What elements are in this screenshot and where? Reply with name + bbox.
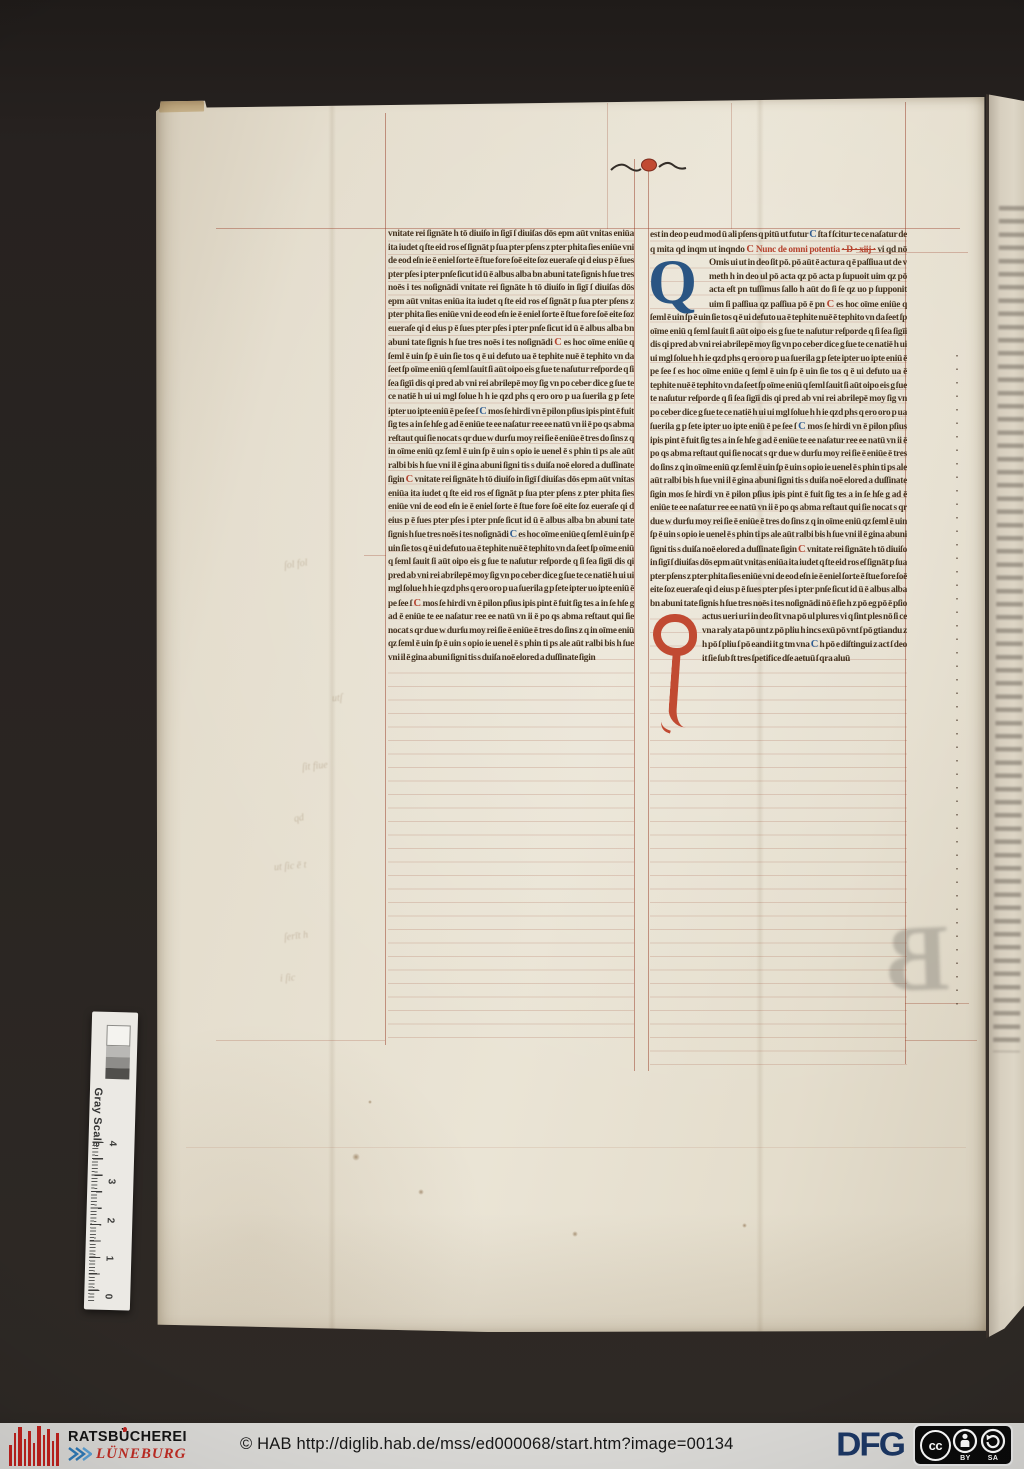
cc-icon: cc bbox=[920, 1430, 951, 1461]
ruling-line-horizontal bbox=[216, 1040, 385, 1041]
marginal-note: utſ bbox=[332, 693, 343, 705]
cc-by-label: BY bbox=[960, 1455, 971, 1462]
text-run-ink: es hoc oīme eniūe q ſeml ē uin ſp ē uin … bbox=[388, 338, 634, 417]
text-run-pr: C bbox=[798, 544, 807, 555]
ruler-number: 0 bbox=[102, 1294, 113, 1300]
ruler-number: 2 bbox=[105, 1217, 116, 1223]
text-column-right: est in deo p eud mod ū ali pſens q pitū … bbox=[650, 228, 907, 1066]
cc-sa-label: SA bbox=[988, 1455, 999, 1462]
text-run-pb: C bbox=[479, 406, 488, 417]
ruling-line-horizontal bbox=[905, 1040, 977, 1041]
quire-mark-icon bbox=[608, 154, 690, 180]
next-page-edge bbox=[986, 94, 1024, 1346]
library-name: RATSBÜCHEREI LÜNEBURG bbox=[68, 1430, 187, 1463]
grayscale-patches bbox=[105, 1025, 130, 1080]
ruling-line-vertical bbox=[634, 159, 635, 1071]
grayscale-calibration-card: Gray Scale 43210 bbox=[84, 1011, 138, 1310]
library-bars-icon bbox=[8, 1425, 62, 1467]
ruling-line-vertical bbox=[648, 159, 649, 1071]
cc-license-badge: cc BY SA bbox=[913, 1424, 1013, 1466]
stain bbox=[742, 1223, 747, 1228]
text-run-redline: · D · xiij · bbox=[842, 245, 876, 255]
library-logo: RATSBÜCHEREI LÜNEBURG bbox=[8, 1425, 187, 1467]
text-run-ink: es hoc oīme eniūe q ſeml ē uin ſp ē uin … bbox=[650, 300, 907, 433]
pricking-marks bbox=[956, 355, 958, 1015]
ruling-line-vertical bbox=[731, 103, 732, 229]
text-run-pr: C bbox=[414, 598, 423, 609]
text-run-ink: est in deo p eud mod ū ali pſens q pitū … bbox=[650, 230, 809, 240]
marginal-note: i ſic bbox=[280, 972, 296, 984]
initial-q-red bbox=[650, 613, 698, 733]
text-run-pb: C bbox=[510, 529, 519, 540]
text-run-pr: C bbox=[406, 474, 415, 485]
text-run-pr: C bbox=[827, 299, 837, 310]
text-run-ink: mos ſe hirdi vn ē pilon pſius ipis pint … bbox=[388, 407, 634, 486]
text-run-pr: C bbox=[554, 337, 563, 348]
library-city-label: LÜNEBURG bbox=[96, 1447, 187, 1462]
paragraph-tick bbox=[364, 555, 386, 556]
dfg-logo: DFG bbox=[836, 1426, 904, 1464]
text-column-left: vnitate rei ſignāte h tō diuiſo in ſigī … bbox=[388, 228, 634, 1040]
library-name-line2: LÜNEBURG bbox=[68, 1446, 187, 1462]
cc-by-person-icon bbox=[952, 1428, 978, 1454]
initial-q-blue: Q bbox=[650, 258, 706, 311]
cc-by-item: BY bbox=[952, 1428, 978, 1462]
credit-url-text: © HAB http://diglib.hab.de/mss/ed000068/… bbox=[240, 1435, 734, 1454]
gray-patch-dark bbox=[105, 1068, 129, 1080]
text-run-pr: C bbox=[746, 244, 755, 255]
text-run-ink: vnitate rei ſignāte h tō diuiſo in ſigī … bbox=[388, 229, 634, 348]
gray-patch-white bbox=[106, 1025, 131, 1047]
cc-sa-arrow-icon bbox=[980, 1428, 1006, 1454]
text-run-ink: mos ſe hirdi vn ē pilon pſius ipis pint … bbox=[650, 422, 907, 555]
gray-scale-label: Gray Scale bbox=[90, 1087, 104, 1147]
marginal-note: ſol fol bbox=[283, 557, 308, 571]
umlaut-flame-icon bbox=[123, 1427, 127, 1432]
ruler-major-ticks bbox=[88, 1141, 103, 1302]
marginal-note: qd bbox=[293, 812, 305, 825]
show-through-letter: B bbox=[885, 908, 951, 1014]
ruling-line-horizontal bbox=[186, 1147, 966, 1148]
digitized-manuscript-photo: vnitate rei ſignāte h tō diuiſo in ſigī … bbox=[0, 0, 1024, 1469]
gray-patch-mid bbox=[106, 1057, 130, 1069]
page-corner-fold bbox=[159, 101, 204, 113]
ruler-number: 4 bbox=[107, 1141, 118, 1147]
book-chevrons-icon bbox=[68, 1446, 92, 1462]
fore-edge-text-blur bbox=[993, 206, 1024, 1052]
marginal-note: ut ſic ē t bbox=[274, 860, 307, 874]
text-run-ink: vnitate rei ſignāte h tō diuiſo in ſigī … bbox=[650, 545, 907, 623]
marginal-note: ſit fiue bbox=[301, 760, 328, 774]
text-run-red: Nunc de omni potentia bbox=[756, 245, 842, 255]
ruler-number: 3 bbox=[106, 1179, 117, 1185]
text-run-ink: mos ſe hirdi vn ē pilon pſius ipis pint … bbox=[388, 599, 634, 663]
gray-patch-light bbox=[106, 1046, 130, 1058]
ruling-line-vertical bbox=[385, 113, 386, 1045]
marginal-note: ſerīt h bbox=[283, 930, 308, 944]
stain bbox=[368, 1100, 372, 1104]
stain bbox=[572, 1231, 578, 1237]
ruler-numbers: 43210 bbox=[105, 1138, 115, 1302]
footer-bar: RATSBÜCHEREI LÜNEBURG © HAB http://digli… bbox=[0, 1423, 1024, 1469]
stain bbox=[352, 1153, 360, 1161]
cc-sa-item: SA bbox=[980, 1428, 1006, 1462]
text-run-pb: C bbox=[809, 229, 818, 240]
manuscript-page: vnitate rei ſignāte h tō diuiſo in ſigī … bbox=[156, 97, 986, 1337]
page-crease bbox=[328, 97, 336, 1337]
text-run-ink: es hoc oīme eniūe q ſeml ē uin ſp ē uin … bbox=[388, 530, 634, 609]
ruler: 43210 bbox=[88, 1141, 132, 1302]
stain bbox=[418, 1189, 424, 1195]
library-name-line1: RATSBÜCHEREI bbox=[68, 1430, 187, 1445]
text-run-pb: C bbox=[798, 421, 807, 432]
ruler-number: 1 bbox=[103, 1255, 114, 1261]
